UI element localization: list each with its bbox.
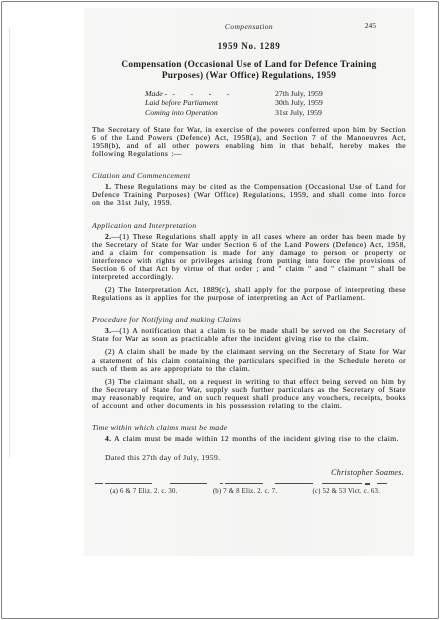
- regulation-paragraph: 3.—(1) A notification that a claim is to…: [92, 327, 406, 343]
- rule-segment: [95, 483, 103, 484]
- paragraph-text: These Regulations may be cited as the Co…: [92, 182, 406, 207]
- signature: Christopher Soames.: [92, 468, 406, 477]
- paragraph-text: —(1) These Regulations shall apply in al…: [92, 232, 406, 281]
- section-time-limit: Time within which claims must be made 4.…: [92, 423, 406, 443]
- date-label: Laid before Parliament: [145, 98, 218, 107]
- page-body: Compensation 245 1959 No. 1289 Compensat…: [92, 22, 406, 496]
- paragraph-text: (2) A claim shall be made by the claiman…: [92, 347, 406, 372]
- date-value: 27th July, 1959: [275, 89, 375, 98]
- footnote-rule: [92, 482, 406, 485]
- regulation-paragraph: (3) The claimant shall, on a request in …: [92, 378, 406, 410]
- date-value: 31st July, 1959: [275, 108, 375, 117]
- paragraph-text: —(1) A notification that a claim is to b…: [92, 326, 406, 343]
- rule-segment: [322, 483, 362, 484]
- dates-table: Made -- - - - 27th July, 1959 Laid befor…: [92, 89, 406, 117]
- running-header-title: Compensation: [92, 22, 406, 31]
- section-citation: Citation and Commencement 1. These Regul…: [92, 171, 406, 207]
- rule-segment: [105, 483, 152, 484]
- date-label: Coming into Operation: [145, 108, 218, 117]
- regulation-paragraph: 4. A claim must be made within 12 months…: [92, 435, 406, 443]
- section-heading: Procedure for Notifying and making Claim…: [92, 315, 406, 324]
- rule-segment: [225, 483, 263, 484]
- rule-segment: [365, 483, 370, 485]
- page-number: 245: [365, 21, 376, 30]
- rule-segment: [220, 483, 223, 484]
- dated-line: Dated this 27th day of July, 1959.: [92, 453, 406, 462]
- running-header: Compensation 245: [92, 22, 406, 31]
- document-scan-page: Compensation 245 1959 No. 1289 Compensat…: [0, 0, 440, 620]
- section-heading: Application and Interpretation: [92, 221, 406, 230]
- paragraph-text: A claim must be made within 12 months of…: [111, 434, 398, 443]
- scan-edge-line: [9, 28, 10, 458]
- section-procedure: Procedure for Notifying and making Claim…: [92, 315, 406, 410]
- footnote-b: (b) 7 & 8 Eliz. 2. c. 7.: [213, 488, 277, 496]
- rule-segment: [275, 483, 313, 484]
- regulation-paragraph: 1. These Regulations may be cited as the…: [92, 183, 406, 207]
- date-leader: [218, 108, 275, 117]
- document-title-line2: Purposes) (War Office) Regulations, 1959: [92, 71, 406, 82]
- regulation-paragraph: (2) The Interpretation Act, 1889(c), sha…: [92, 286, 406, 302]
- regulation-paragraph: 2.—(1) These Regulations shall apply in …: [92, 233, 406, 282]
- rule-segment: [377, 483, 387, 484]
- section-application: Application and Interpretation 2.—(1) Th…: [92, 221, 406, 303]
- si-number: 1959 No. 1289: [92, 41, 406, 51]
- footnote-a: (a) 6 & 7 Eliz. 2. c. 30.: [110, 488, 177, 496]
- date-row-operation: Coming into Operation 31st July, 1959: [145, 108, 406, 117]
- date-leader: [218, 98, 275, 107]
- date-row-laid: Laid before Parliament 30th July, 1959: [145, 98, 406, 107]
- preamble-paragraph: The Secretary of State for War, in exerc…: [92, 126, 406, 158]
- footnote-c: (c) 52 & 53 Vict. c. 63.: [312, 488, 380, 496]
- date-label: Made -: [145, 89, 167, 98]
- document-title-line1: Compensation (Occasional Use of Land for…: [92, 60, 406, 71]
- regulation-paragraph: (2) A claim shall be made by the claiman…: [92, 348, 406, 372]
- section-heading: Time within which claims must be made: [92, 423, 406, 432]
- date-row-made: Made -- - - - 27th July, 1959: [145, 89, 406, 98]
- document-title: Compensation (Occasional Use of Land for…: [92, 60, 406, 81]
- date-leader: - - - -: [167, 89, 275, 98]
- paragraph-text: (3) The claimant shall, on a request in …: [92, 377, 406, 410]
- date-value: 30th July, 1959: [275, 98, 375, 107]
- paragraph-text: (2) The Interpretation Act, 1889(c), sha…: [92, 285, 406, 302]
- footnotes: (a) 6 & 7 Eliz. 2. c. 30. (b) 7 & 8 Eliz…: [92, 488, 406, 496]
- rule-segment: [170, 483, 207, 484]
- section-heading: Citation and Commencement: [92, 171, 406, 180]
